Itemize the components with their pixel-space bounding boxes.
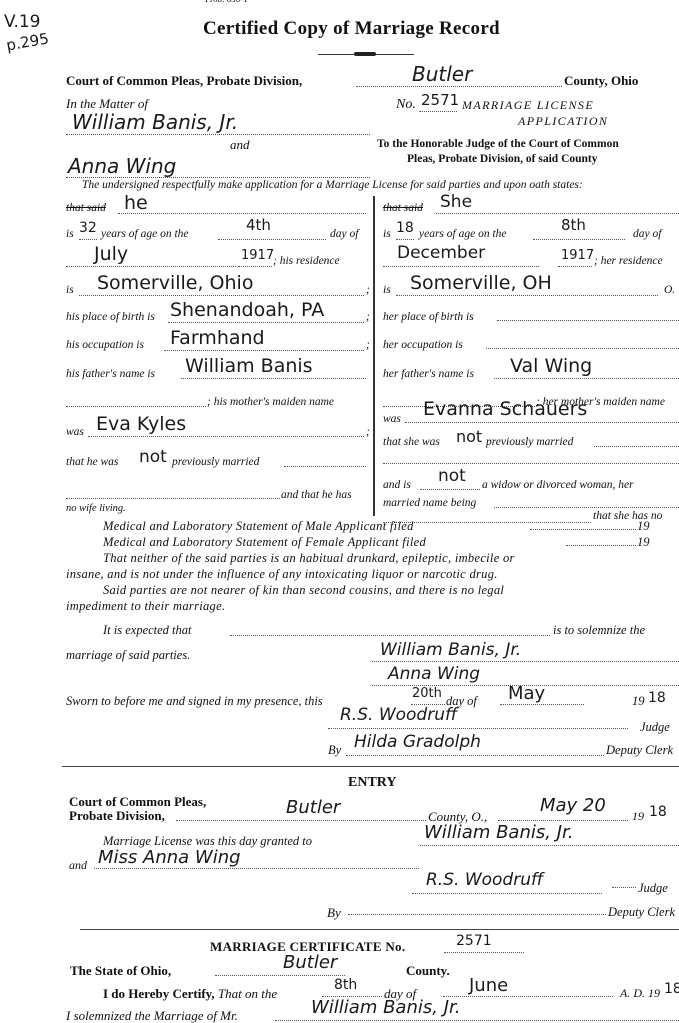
groom-mother-field: Eva Kyles — [88, 416, 364, 437]
county-field: Butler — [356, 64, 562, 87]
bride-occupation-label: her occupation is — [383, 339, 463, 351]
section-divider — [62, 766, 679, 767]
groom-birth-day-field: 4th — [218, 219, 326, 240]
court-label: Court of Common Pleas, Probate Division, — [66, 73, 302, 89]
kin-statement-1: Said parties are not nearer of kin than … — [103, 583, 504, 598]
bride-prev-married-continued-field — [383, 451, 679, 464]
groom-birthplace-label: his place of birth is — [66, 311, 155, 323]
bride-age-field: 18 — [396, 221, 414, 240]
sworn-label: Sworn to before me and signed in my pres… — [66, 694, 323, 709]
groom-that-said-label: that said — [66, 202, 106, 214]
certificate-number-field: 2571 — [444, 934, 524, 953]
groom-occupation-field: Farmhand — [164, 330, 364, 351]
entry-bride-field: Miss Anna Wing — [94, 850, 419, 869]
bride-that-said-label: that said — [383, 202, 423, 214]
groom-age-field: 32 — [79, 221, 97, 240]
groom-prev-married-label: that he was — [66, 456, 118, 468]
deputy-clerk-label: Deputy Clerk — [606, 743, 673, 758]
bride-mother-field: Evanna Schauers — [405, 402, 679, 423]
section-divider — [80, 929, 679, 930]
female-medical-year: 19 — [637, 535, 650, 550]
application-title-1: MARRIAGE LICENSE — [462, 98, 594, 113]
neither-statement-2: insane, and is not under the influence o… — [66, 567, 498, 582]
groom-day-of-label: day of — [330, 228, 358, 240]
certificate-year: 18 — [664, 981, 679, 997]
document-title: Certified Copy of Marriage Record — [203, 18, 500, 40]
bride-birthplace-label: her place of birth is — [383, 311, 474, 323]
intro-text: The undersigned respectfully make applic… — [82, 179, 583, 191]
male-medical-year: 19 — [637, 519, 650, 534]
bride-prev-married-label-2: previously married — [486, 436, 573, 448]
entry-and-label: and — [69, 858, 87, 873]
groom-birthplace-field: Shenandoah, PA — [168, 302, 364, 323]
bride-father-field: Val Wing — [494, 358, 679, 379]
bride-father-label: her father's name is — [383, 368, 474, 380]
bride-was-label: was — [383, 413, 401, 425]
male-medical-date-field — [530, 528, 636, 530]
application-title-2: APPLICATION — [518, 114, 608, 129]
bride-married-name-field — [494, 493, 679, 508]
groom-signature-field: William Banis, Jr. — [372, 643, 679, 662]
county-suffix: County, Ohio — [564, 73, 638, 89]
sworn-year: 18 — [648, 690, 666, 706]
entry-date-field: May 20 — [498, 798, 628, 821]
entry-judge-label: Judge — [638, 881, 668, 896]
groom-was-label: was — [66, 426, 84, 438]
addressee-line-1: To the Honorable Judge of the Court of C… — [377, 138, 619, 150]
semicolon: ; — [366, 284, 370, 296]
bride-birthplace-field — [497, 306, 679, 321]
groom-birth-year-field: 1917 — [238, 249, 272, 267]
groom-occupation-label: his occupation is — [66, 339, 144, 351]
entry-by-label: By — [327, 905, 341, 921]
groom-name-field: William Banis, Jr. — [66, 113, 370, 135]
semicolon: ; — [366, 311, 370, 323]
groom-residence-is-label: is — [66, 284, 74, 296]
expected-suffix: is to solemnize the — [553, 623, 645, 638]
certificate-county-label: County. — [406, 963, 450, 979]
groom-wife-field — [66, 484, 280, 499]
groom-wife-living-label-2: no wife living. — [66, 503, 126, 514]
groom-pronoun-field: he — [118, 194, 366, 214]
groom-age-label: years of age on the — [101, 228, 189, 240]
certificate-day-field: 8th — [322, 980, 382, 997]
groom-prev-married-value: not — [139, 447, 167, 467]
groom-is-label: is — [66, 228, 74, 240]
bride-birth-month-field: December — [383, 246, 539, 267]
title-ornament — [318, 53, 414, 55]
sworn-day-field: 20th — [411, 688, 445, 705]
judge-signature-field: R.S. Woodruff — [328, 708, 628, 729]
bride-is-label: is — [383, 228, 391, 240]
certify-line: I do Hereby Certify, That on the — [103, 986, 277, 1002]
officiant-field — [230, 634, 550, 636]
groom-prev-married-label-2: previously married — [172, 456, 259, 468]
certificate-month-field: June — [443, 978, 613, 997]
entry-year: 18 — [649, 804, 667, 820]
entry-year-prefix: 19 — [632, 809, 644, 824]
and-label: and — [230, 137, 250, 153]
deputy-signature-field: Hilda Gradolph — [346, 735, 604, 756]
groom-father-label: his father's name is — [66, 368, 155, 380]
bride-husband-living-label: that she has no — [593, 510, 662, 522]
expected-label: It is expected that — [103, 623, 192, 638]
neither-statement-1: That neither of the said parties is an h… — [103, 551, 515, 566]
bride-birth-day-field: 8th — [533, 219, 625, 240]
female-medical-date-field — [566, 544, 636, 546]
addressee-line-2: Pleas, Probate Division, of said County — [407, 153, 598, 165]
groom-prev-married-field — [284, 452, 366, 467]
bride-widow-label: and is — [383, 479, 411, 491]
certificate-ad-label: A. D. 19 — [620, 986, 660, 1001]
bride-residence-label: ; her residence — [594, 255, 663, 267]
entry-groom-field: William Banis, Jr. — [420, 825, 679, 846]
bride-age-label: years of age on the — [419, 228, 507, 240]
bride-day-of-label: day of — [633, 228, 661, 240]
column-divider — [373, 196, 375, 516]
bride-prev-married-value: not — [456, 427, 482, 446]
sworn-year-prefix: 19 — [632, 694, 645, 709]
certificate-state-label: The State of Ohio, — [70, 963, 171, 979]
groom-father-continued-field — [66, 390, 206, 407]
by-label: By — [328, 743, 341, 758]
entry-heading: ENTRY — [348, 775, 397, 791]
margin-note-volume: V.19 — [4, 12, 40, 32]
bride-widow-field: not — [420, 469, 480, 490]
marriage-of-parties-label: marriage of said parties. — [66, 648, 190, 663]
entry-deputy-field — [348, 913, 606, 915]
entry-court-label-2: Probate Division, — [69, 808, 165, 824]
male-medical-statement: Medical and Laboratory Statement of Male… — [103, 519, 414, 534]
bride-husband-field — [383, 510, 591, 523]
sworn-month-field: May — [500, 686, 584, 705]
entry-judge-signature-field: R.S. Woodruff — [412, 873, 602, 894]
certificate-county-field: Butler — [215, 955, 345, 976]
groom-mother-label: ; his mother's maiden name — [207, 396, 334, 408]
groom-wife-living-label: and that he has — [281, 489, 352, 501]
bride-residence-field: Somerville, OH — [396, 275, 658, 296]
kin-statement-2: impediment to their marriage. — [66, 599, 225, 614]
entry-judge-dots — [612, 886, 636, 888]
bride-prev-married-field — [594, 432, 679, 447]
bride-birth-year-field: 1917 — [558, 249, 592, 267]
groom-residence-label: ; his residence — [273, 255, 340, 267]
groom-birth-month-field: July — [66, 246, 236, 267]
bride-residence-is-label: is — [383, 284, 391, 296]
bride-residence-suffix: O. — [664, 284, 675, 296]
semicolon: ; — [366, 339, 370, 351]
judge-label: Judge — [640, 720, 670, 735]
semicolon: ; — [366, 426, 370, 438]
entry-county-field: Butler — [176, 800, 426, 821]
form-number: Prob. 656-1 — [205, 0, 248, 4]
bride-name-field: Anna Wing — [66, 156, 370, 178]
female-medical-statement: Medical and Laboratory Statement of Fema… — [103, 535, 426, 550]
bride-pronoun-field: She — [436, 194, 679, 214]
solemnized-label: I solemnized the Marriage of Mr. — [66, 1008, 238, 1023]
groom-residence-field: Somerville, Ohio — [79, 275, 364, 296]
license-number-field: 2571 — [419, 92, 457, 112]
entry-deputy-label: Deputy Clerk — [608, 905, 675, 920]
bride-married-name-label: married name being — [383, 497, 476, 509]
margin-note-page: p.295 — [5, 29, 50, 54]
groom-father-field: William Banis — [181, 358, 366, 379]
license-no-label: No. — [396, 97, 416, 113]
bride-widow-label-2: a widow or divorced woman, her — [482, 479, 634, 491]
certificate-groom-field: William Banis, Jr. — [275, 1000, 679, 1021]
bride-occupation-field — [486, 334, 679, 349]
bride-prev-married-label: that she was — [383, 436, 440, 448]
